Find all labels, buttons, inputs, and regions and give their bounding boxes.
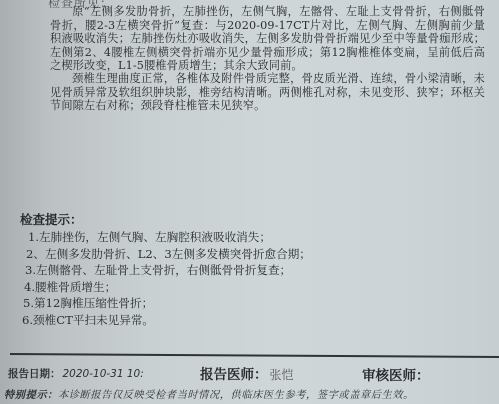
- report-signature-row: 报告日期：2020-10-31 10: 报告医师：张恺 审核医师：: [0, 363, 499, 381]
- notice-label: 特别提示：: [4, 389, 58, 401]
- impression-item: 6.颈椎CT平扫未见异常。: [22, 312, 311, 329]
- review-doctor: 审核医师：: [362, 364, 430, 384]
- special-notice: 特别提示：本诊断报告仅反映受检者当时情况，供临床医生参考，签字或盖章后生效。: [4, 386, 414, 401]
- impression-list: 1.左肺挫伤，左侧气胸、左胸腔积液吸收消失； 2、左侧多发肋骨折、L2、3左侧多…: [22, 229, 311, 329]
- report-doctor-value: 张恺: [270, 368, 294, 382]
- impression-item: 1.左肺挫伤，左侧气胸、左胸腔积液吸收消失；: [22, 229, 311, 246]
- findings-paragraph-1: 原“左侧多发肋骨折，左肺挫伤，左侧气胸，左髂骨、左耻上支骨骨折，右侧骶骨骨折，腰…: [50, 5, 485, 73]
- review-doctor-label: 审核医师：: [362, 368, 430, 384]
- impression-item: 2、左侧多发肋骨折、L2、3左侧多发横突骨折愈合期；: [22, 246, 311, 263]
- impression-item: 5.第12胸椎压缩性骨折；: [22, 295, 311, 312]
- report-date: 报告日期：2020-10-31 10:: [8, 366, 144, 381]
- impression-item: 4.腰椎骨质增生；: [22, 279, 311, 296]
- findings-paragraph-2: 颈椎生理曲度正常，各椎体及附件骨质完整，骨皮质光滑、连续，骨小梁清晰，未见骨质异…: [50, 72, 485, 113]
- report-doctor-label: 报告医师：: [200, 367, 268, 383]
- footer-divider: [10, 353, 499, 358]
- report-doctor: 报告医师：张恺: [200, 363, 294, 383]
- impression-item: 3.左侧髂骨、左耻骨上支骨折，右侧骶骨骨折复查；: [22, 262, 311, 279]
- impression-title: 检查提示：: [20, 210, 83, 228]
- notice-text: 本诊断报告仅反映受检者当时情况，供临床医生参考，签字或盖章后生效。: [58, 390, 414, 401]
- report-date-value: 2020-10-31 10:: [63, 368, 144, 380]
- medical-report-page: 检查所见： 原“左侧多发肋骨折，左肺挫伤，左侧气胸，左髂骨、左耻上支骨骨折，右侧…: [0, 0, 499, 404]
- report-date-label: 报告日期：: [8, 368, 61, 380]
